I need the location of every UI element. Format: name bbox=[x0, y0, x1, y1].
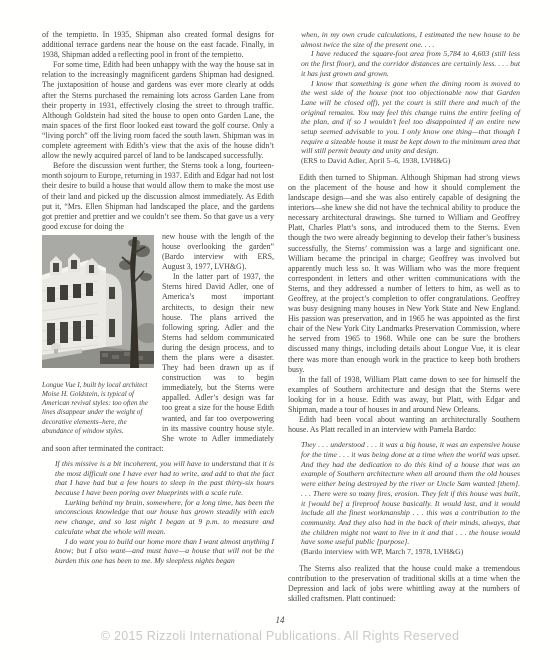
quote-paragraph: I have reduced the square-foot area from… bbox=[301, 49, 520, 78]
longue-vue-house-photo bbox=[42, 235, 154, 368]
quote-paragraph: Lurking behind my brain, somewhere, for … bbox=[55, 498, 274, 537]
page-number: 14 bbox=[0, 615, 560, 625]
paragraph-sterns-realized: The Sterns also realized that the house … bbox=[288, 564, 520, 604]
quote-paragraph: They . . . understood . . . it was a big… bbox=[301, 440, 520, 547]
quote-paragraph: I do want you to build our home more tha… bbox=[55, 537, 274, 566]
edith-letter-quote-right: when, in my own crude calculations, I es… bbox=[301, 30, 520, 166]
right-column: when, in my own crude calculations, I es… bbox=[288, 30, 520, 604]
photo-wrap-zone: Longue Vue I, built by local architect M… bbox=[42, 232, 274, 454]
paragraph-edith-vocal: Edith had been vocal about wanting an ar… bbox=[288, 415, 520, 435]
quote-attribution: (Bardo interview with WP, March 7, 1978,… bbox=[301, 547, 520, 557]
paragraph-fall-1938: In the fall of 1938, William Platt came … bbox=[288, 375, 520, 415]
copyright-watermark: © 2015 Rizzoli International Publication… bbox=[0, 629, 560, 643]
paragraph-before-discussion: Before the discussion went further, the … bbox=[42, 161, 274, 232]
quote-paragraph: when, in my own crude calculations, I es… bbox=[301, 30, 520, 49]
platt-interview-quote: They . . . understood . . . it was a big… bbox=[301, 440, 520, 556]
house-photo-figure: Longue Vue I, built by local architect M… bbox=[42, 235, 154, 436]
quote-paragraph: I know that something is gone when the d… bbox=[301, 79, 520, 157]
paragraph-edith-turned: Edith then turned to Shipman. Although S… bbox=[288, 173, 520, 375]
text-columns: of the tempietto. In 1935, Shipman also … bbox=[42, 30, 520, 604]
book-page: of the tempietto. In 1935, Shipman also … bbox=[0, 0, 560, 660]
edith-letter-quote-left: If this missive is a bit incoherent, you… bbox=[55, 459, 274, 566]
left-column: of the tempietto. In 1935, Shipman also … bbox=[42, 30, 274, 604]
quote-attribution: (ERS to David Adler, April 5–6, 1938, LV… bbox=[301, 156, 520, 166]
paragraph-tempietto: of the tempietto. In 1935, Shipman also … bbox=[42, 30, 274, 60]
paragraph-for-some-time: For some time, Edith had been unhappy wi… bbox=[42, 60, 274, 161]
quote-paragraph: If this missive is a bit incoherent, you… bbox=[55, 459, 274, 498]
photo-caption: Longue Vue I, built by local architect M… bbox=[42, 381, 154, 436]
